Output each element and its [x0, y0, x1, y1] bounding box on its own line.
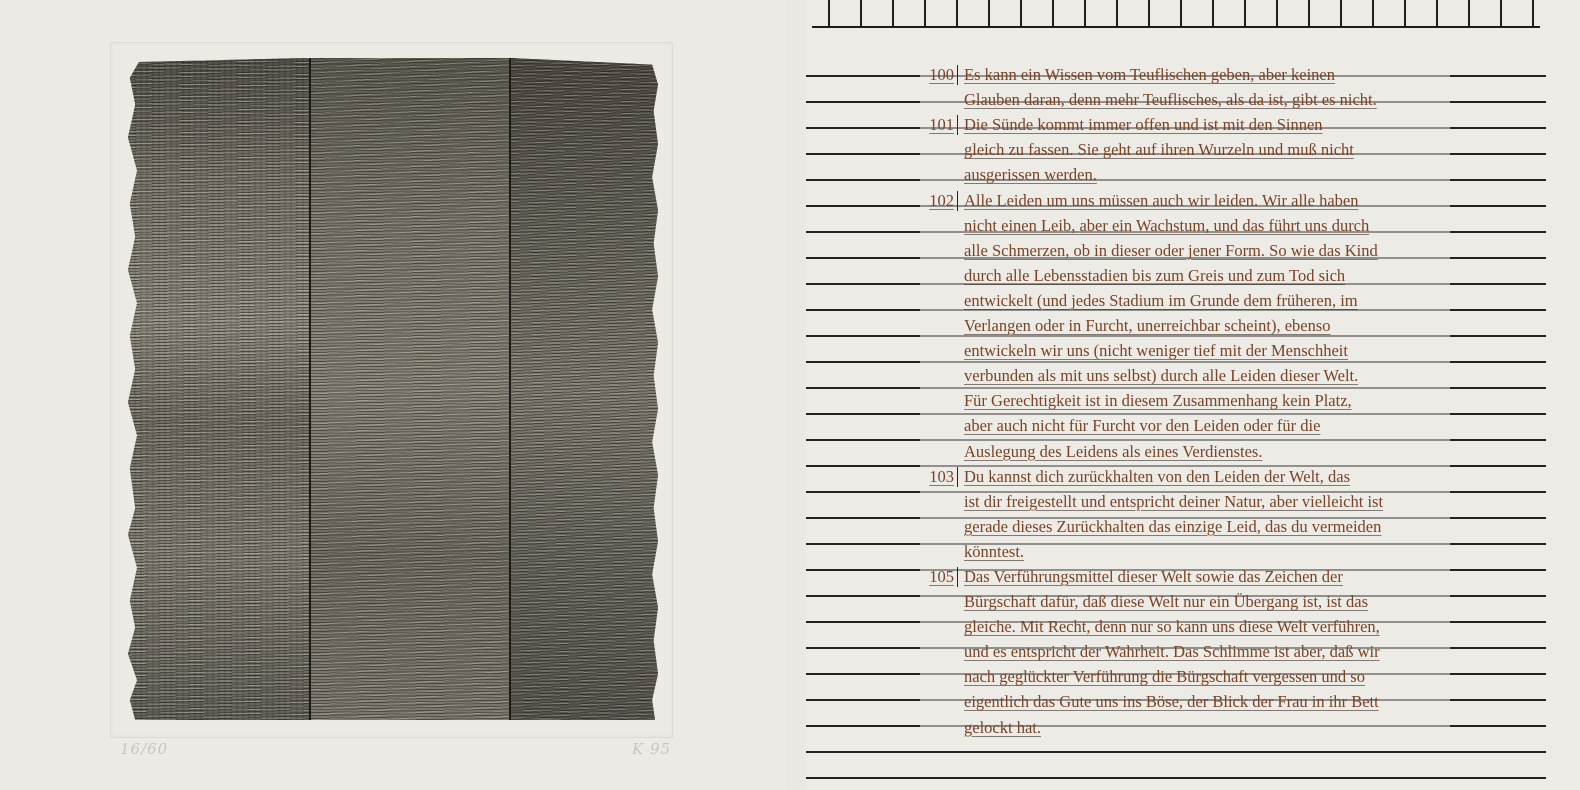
- aphorism-number: 105: [926, 567, 958, 587]
- text-line: nicht einen Leib, aber ein Wachstum, und…: [926, 211, 1446, 236]
- aphorism-line: Du kannst dich zurückhalten von den Leid…: [964, 467, 1350, 487]
- text-line: gleich zu fassen. Sie geht auf ihren Wur…: [926, 135, 1446, 160]
- text-line: 103Du kannst dich zurückhalten von den L…: [926, 462, 1446, 487]
- aphorism-line: Alle Leiden um uns müssen auch wir leide…: [964, 191, 1358, 211]
- aphorism-line: Für Gerechtigkeit ist in diesem Zusammen…: [964, 391, 1352, 411]
- text-line: Verlangen oder in Furcht, unerreichbar s…: [926, 311, 1446, 336]
- grid-top-rule: [812, 26, 1540, 28]
- text-line: verbunden als mit uns selbst) durch alle…: [926, 361, 1446, 386]
- aphorism-line: verbunden als mit uns selbst) durch alle…: [964, 366, 1358, 386]
- aphorism-line: gelockt hat.: [964, 718, 1041, 738]
- aphorism-line: entwickeln wir uns (nicht weniger tief m…: [964, 341, 1348, 361]
- aphorism-line: gerade dieses Zurückhalten das einzige L…: [964, 517, 1381, 537]
- text-line: 101Die Sünde kommt immer offen und ist m…: [926, 110, 1446, 135]
- aphorism-line: Glauben daran, denn mehr Teuflisches, al…: [964, 90, 1377, 110]
- text-line: ausgerissen werden.: [926, 160, 1446, 185]
- panel-divider-line: [309, 58, 311, 720]
- text-line: gerade dieses Zurückhalten das einzige L…: [926, 512, 1446, 537]
- aphorism-line: aber auch nicht für Furcht vor den Leide…: [964, 416, 1320, 436]
- etching-image: [128, 58, 658, 720]
- text-line: nach geglückter Verführung die Bürgschaf…: [926, 662, 1446, 687]
- etching-panel-left: [128, 58, 310, 720]
- aphorism-number: 102: [926, 191, 958, 211]
- grid-top-verticals: [806, 0, 1546, 26]
- aphorism-line: könntest.: [964, 542, 1024, 562]
- aphorism-line: ist dir freigestellt und entspricht dein…: [964, 492, 1383, 512]
- text-line: 102Alle Leiden um uns müssen auch wir le…: [926, 185, 1446, 210]
- sheet-margin: [786, 0, 806, 790]
- text-line: entwickelt (und jedes Stadium im Grunde …: [926, 286, 1446, 311]
- aphorism-line: entwickelt (und jedes Stadium im Grunde …: [964, 291, 1358, 311]
- text-line: entwickeln wir uns (nicht weniger tief m…: [926, 336, 1446, 361]
- artist-signature: K 95: [632, 740, 671, 758]
- aphorism-number: 103: [926, 467, 958, 487]
- aphorism-line: gleiche. Mit Recht, denn nur so kann uns…: [964, 617, 1380, 637]
- etching-sheet: 16/60 K 95: [0, 0, 786, 790]
- text-line: Auslegung des Leidens als eines Verdiens…: [926, 436, 1446, 461]
- text-line: gleiche. Mit Recht, denn nur so kann uns…: [926, 612, 1446, 637]
- aphorism-line: eigentlich das Gute uns ins Böse, der Bl…: [964, 692, 1379, 712]
- aphorism-number: 101: [926, 115, 958, 135]
- aphorism-number: 100: [926, 65, 958, 85]
- panel-divider-line: [509, 58, 511, 720]
- aphorism-line: ausgerissen werden.: [964, 165, 1097, 185]
- text-print-sheet: 100Es kann ein Wissen vom Teuflischen ge…: [786, 0, 1580, 790]
- aphorism-line: durch alle Lebensstadien bis zum Greis u…: [964, 266, 1345, 286]
- text-line: gelockt hat.: [926, 712, 1446, 737]
- text-line: Glauben daran, denn mehr Teuflisches, al…: [926, 85, 1446, 110]
- text-line: durch alle Lebensstadien bis zum Greis u…: [926, 261, 1446, 286]
- aphorism-line: nicht einen Leib, aber ein Wachstum, und…: [964, 216, 1369, 236]
- text-line: und es entspricht der Wahrheit. Das Schl…: [926, 637, 1446, 662]
- etching-panel-center: [310, 58, 510, 720]
- diptych: 16/60 K 95 100Es kann ein Wissen vom Teu…: [0, 0, 1580, 790]
- aphorism-line: Die Sünde kommt immer offen und ist mit …: [964, 115, 1323, 135]
- text-line: 100Es kann ein Wissen vom Teuflischen ge…: [926, 60, 1446, 85]
- aphorism-line: nach geglückter Verführung die Bürgschaf…: [964, 667, 1365, 687]
- aphorism-line: und es entspricht der Wahrheit. Das Schl…: [964, 642, 1380, 662]
- text-line: eigentlich das Gute uns ins Böse, der Bl…: [926, 687, 1446, 712]
- aphorism-line: Verlangen oder in Furcht, unerreichbar s…: [964, 316, 1331, 336]
- aphorism-line: Bürgschaft dafür, daß diese Welt nur ein…: [964, 592, 1368, 612]
- text-line: könntest.: [926, 537, 1446, 562]
- aphorism-line: Das Verführungsmittel dieser Welt sowie …: [964, 567, 1343, 587]
- edition-number: 16/60: [120, 740, 168, 758]
- text-line: ist dir freigestellt und entspricht dein…: [926, 487, 1446, 512]
- aphorism-line: alle Schmerzen, ob in dieser oder jener …: [964, 241, 1378, 261]
- text-line: 105Das Verführungsmittel dieser Welt sow…: [926, 562, 1446, 587]
- text-line: alle Schmerzen, ob in dieser oder jener …: [926, 236, 1446, 261]
- aphorism-line: gleich zu fassen. Sie geht auf ihren Wur…: [964, 140, 1354, 160]
- etching-panel-right: [510, 58, 658, 720]
- aphorism-text-block: 100Es kann ein Wissen vom Teuflischen ge…: [926, 60, 1446, 738]
- aphorism-line: Es kann ein Wissen vom Teuflischen geben…: [964, 65, 1335, 85]
- text-line: Für Gerechtigkeit ist in diesem Zusammen…: [926, 386, 1446, 411]
- aphorism-line: Auslegung des Leidens als eines Verdiens…: [964, 442, 1262, 462]
- text-line: Bürgschaft dafür, daß diese Welt nur ein…: [926, 587, 1446, 612]
- text-line: aber auch nicht für Furcht vor den Leide…: [926, 411, 1446, 436]
